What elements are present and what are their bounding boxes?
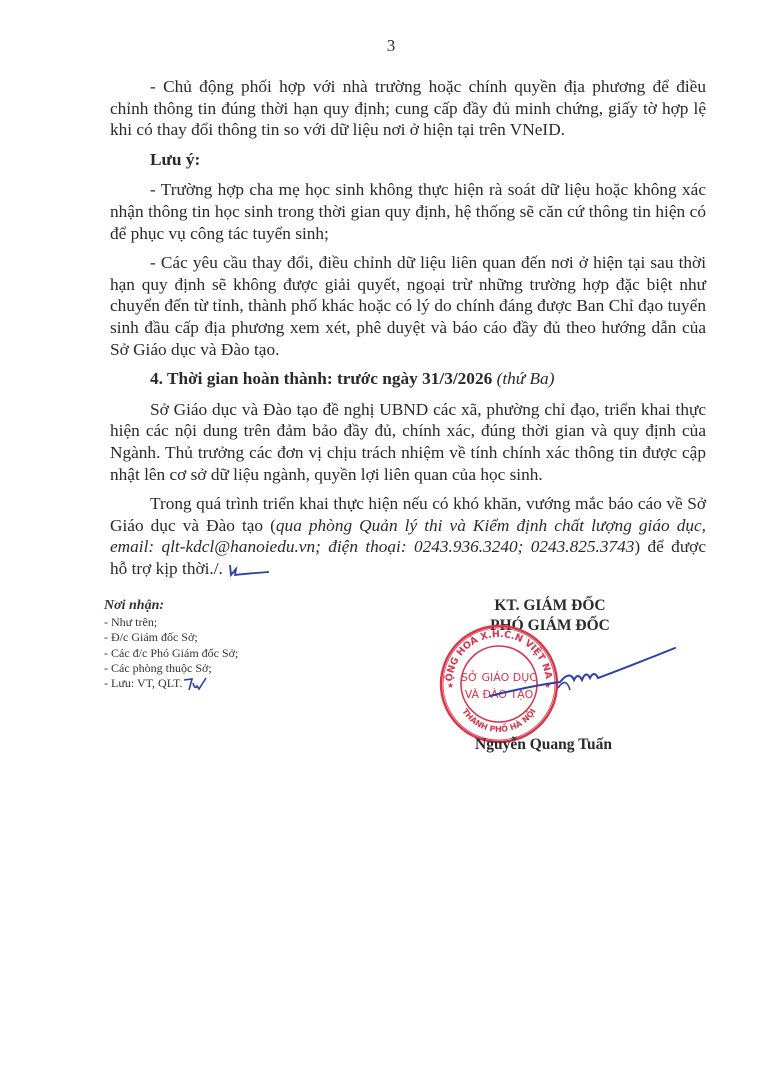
paragraph-request: Sở Giáo dục và Đào tạo đề nghị UBND các … [110,399,706,485]
section-4-weekday: (thứ Ba) [497,369,555,388]
paragraph-contact: Trong quá trình triển khai thực hiện nếu… [110,493,706,579]
initials-icon [182,676,208,692]
initial-mark-icon [227,563,271,577]
recipient-item: - Các phòng thuộc Sở; [104,661,238,676]
document-body: - Chủ động phối hợp với nhà trường hoặc … [110,76,706,587]
signer-name: Nguyễn Quang Tuấn [475,736,612,754]
section-4-heading: 4. Thời gian hoàn thành: trước ngày 31/3… [110,368,706,390]
recipients-block: Nơi nhận: - Như trên; - Đ/c Giám đốc Sở;… [104,598,238,692]
paragraph-note-1: - Trường hợp cha mẹ học sinh không thực … [110,179,706,244]
paragraph-coordinate-update: - Chủ động phối hợp với nhà trường hoặc … [110,76,706,141]
recipient-item: - Như trên; [104,615,238,630]
paragraph-note-2: - Các yêu cầu thay đổi, điều chỉnh dữ li… [110,252,706,360]
page-number: 3 [0,36,782,56]
signer-role-1: KT. GIÁM ĐỐC [440,596,660,616]
recipient-archive: - Lưu: VT, QLT. [104,676,182,690]
svg-text:★: ★ [447,681,454,690]
recipient-item: - Các đ/c Phó Giám đốc Sở; [104,646,238,661]
recipient-item: - Lưu: VT, QLT. [104,676,238,692]
recipients-title: Nơi nhận: [104,598,238,613]
handwritten-signature-icon [470,640,680,720]
section-4-title: 4. Thời gian hoàn thành: trước ngày 31/3… [150,369,492,388]
note-heading: Lưu ý: [110,149,706,171]
recipient-item: - Đ/c Giám đốc Sở; [104,630,238,645]
